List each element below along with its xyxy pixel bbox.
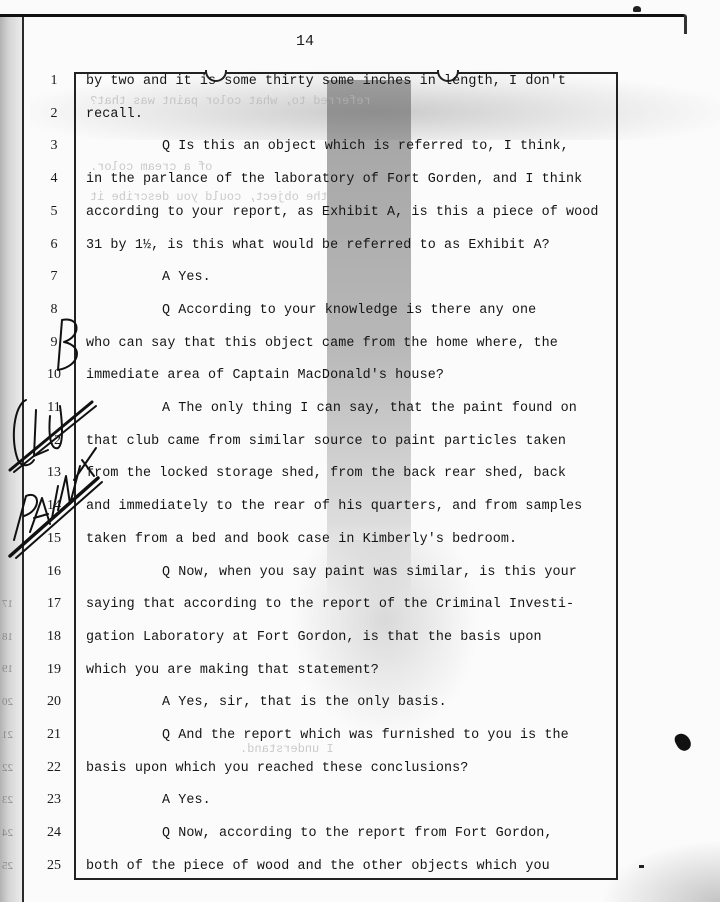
transcript-line: gation Laboratory at Fort Gordon, is tha…: [86, 630, 542, 645]
line-number: 24: [42, 825, 66, 841]
line-number: 6: [42, 237, 66, 253]
line-number: 22: [42, 760, 66, 776]
transcript-line: immediate area of Captain MacDonald's ho…: [86, 368, 444, 383]
transcript-line: Q According to your knowledge is there a…: [162, 303, 536, 318]
page-number: 14: [296, 33, 314, 50]
transcript-line: saying that according to the report of t…: [86, 597, 574, 612]
line-number: 4: [42, 171, 66, 187]
line-number: 1: [42, 73, 66, 89]
transcript-line: Q And the report which was furnished to …: [162, 728, 569, 743]
handwritten-annotation: [0, 310, 110, 560]
transcript-line: taken from a bed and book case in Kimber…: [86, 532, 517, 547]
transcript-line: from the locked storage shed, from the b…: [86, 466, 566, 481]
transcript-line: which you are making that statement?: [86, 663, 379, 678]
line-number: 3: [42, 138, 66, 154]
transcript-line: Q Now, according to the report from Fort…: [162, 826, 553, 841]
scan-top-edge: [0, 14, 686, 17]
line-number: 20: [42, 694, 66, 710]
transcript-line: and immediately to the rear of his quart…: [86, 499, 582, 514]
transcript-line: A The only thing I can say, that the pai…: [162, 401, 577, 416]
reversed-margin-number: 23: [2, 794, 13, 806]
line-number: 23: [42, 792, 66, 808]
transcript-line: according to your report, as Exhibit A, …: [86, 205, 599, 220]
transcript-line: both of the piece of wood and the other …: [86, 859, 550, 874]
transcript-line: recall.: [86, 107, 143, 122]
reversed-margin-number: 24: [2, 827, 13, 839]
transcript-line: basis upon which you reached these concl…: [86, 761, 468, 776]
line-number: 17: [42, 596, 66, 612]
reversed-margin-number: 17: [2, 598, 13, 610]
transcript-line: Q Now, when you say paint was similar, i…: [162, 565, 577, 580]
line-number: 2: [42, 106, 66, 122]
line-number: 25: [42, 858, 66, 874]
handwriting-c: [14, 400, 34, 465]
line-number: 18: [42, 629, 66, 645]
line-number: 5: [42, 204, 66, 220]
line-number: 19: [42, 662, 66, 678]
transcript-line: Q Is this an object which is referred to…: [162, 139, 569, 154]
reversed-margin-number: 18: [2, 631, 13, 643]
ink-dot: [639, 865, 644, 868]
smudge-bottom-right: [600, 840, 720, 902]
bleed-through-line: the object, could you describe it: [90, 190, 328, 204]
transcript-line: A Yes.: [162, 793, 211, 808]
transcript-line: in the parlance of the laboratory of For…: [86, 172, 582, 187]
transcript-page: 171819202122232425 14 referred to, what …: [0, 0, 720, 902]
transcript-line: A Yes.: [162, 270, 211, 285]
bleed-through-line: I understand.: [240, 742, 334, 756]
line-number: 21: [42, 727, 66, 743]
transcript-line: that club came from similar source to pa…: [86, 434, 566, 449]
reversed-margin-number: 19: [2, 663, 13, 675]
reversed-margin-number: 25: [2, 860, 13, 872]
line-number: 16: [42, 564, 66, 580]
scan-right-edge: [684, 14, 687, 34]
transcript-line: by two and it is some thirty some inches…: [86, 74, 566, 89]
corner-mark: [633, 6, 641, 12]
reversed-margin-number: 21: [2, 729, 13, 741]
reversed-margin-number: 20: [2, 696, 13, 708]
transcript-line: A Yes, sir, that is the only basis.: [162, 695, 447, 710]
transcript-line: 31 by 1½, is this what would be referred…: [86, 238, 550, 253]
transcript-line: who can say that this object came from t…: [86, 336, 558, 351]
line-number: 7: [42, 269, 66, 285]
ink-blot: [672, 731, 693, 754]
reversed-margin-number: 22: [2, 762, 13, 774]
